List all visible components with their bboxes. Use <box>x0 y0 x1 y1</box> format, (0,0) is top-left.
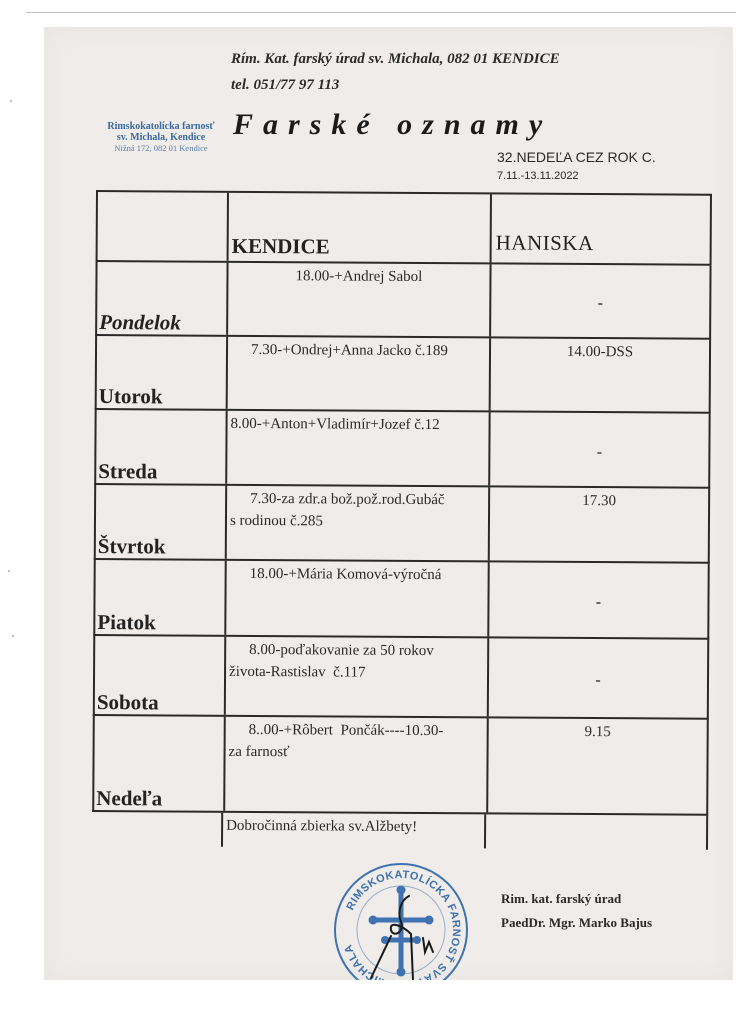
signature-block: Rim. kat. farský úrad PaedDr. Mgr. Marko… <box>501 887 652 935</box>
kendice-mass-intention: 8.00-poďakovanie za 50 rokov života-Rast… <box>229 639 484 685</box>
haniska-cell: - <box>490 412 708 486</box>
table-row: Piatok18.00-+Mária Komová-výročná- <box>93 560 709 640</box>
week-info: 32.NEDEĽA CEZ ROK C. 7.11.-13.11.2022 <box>497 148 656 184</box>
kendice-mass-intention: 18.00-+Mária Komová-výročná <box>230 563 485 587</box>
day-label: Pondelok <box>99 310 181 334</box>
page-margin-bottom <box>0 980 745 1024</box>
liturgical-sunday: 32.NEDEĽA CEZ ROK C. <box>497 148 656 166</box>
kendice-mass-intention: 7.30-+Ondrej+Anna Jacko č.189 <box>231 339 486 363</box>
kendice-mass-intention: 18.00-+Andrej Sabol <box>231 265 486 289</box>
kendice-mass-intention: 7.30-za zdr.a bož.pož.rod.Gubáč s rodino… <box>230 488 485 534</box>
scan-speck <box>10 100 12 102</box>
table-footer-row: Dobročinná zbierka sv.Alžbety! <box>92 812 708 850</box>
column-header-kendice: KENDICE <box>232 234 330 260</box>
day-cell: Pondelok <box>97 262 228 335</box>
stamp-cross-icon: RIMSKOKATOLÍCKA FARNOSŤ SVÄTÉHO MICHALA <box>331 860 471 1000</box>
day-cell: Štvrtok <box>96 485 227 559</box>
page-title: Farské oznamy <box>233 108 552 142</box>
day-cell: Streda <box>96 410 227 484</box>
signature-name: PaedDr. Mgr. Marko Bajus <box>501 911 652 935</box>
kendice-mass-intention: 8..00-+Rôbert Pončák----10.30- za farnos… <box>229 719 484 765</box>
table-row: Sobota8.00-poďakovanie za 50 rokov život… <box>93 636 709 720</box>
header-cell-kendice: KENDICE <box>229 193 492 263</box>
kendice-cell: 8.00-+Anton+Vladimír+Jozef č.12 <box>227 411 490 486</box>
kendice-cell: 7.30-+Ondrej+Anna Jacko č.189 <box>228 337 491 411</box>
kendice-cell: 8..00-+Rôbert Pončák----10.30- za farnos… <box>225 717 489 813</box>
parish-address-line: Nižná 172, 082 01 Kendice <box>90 143 232 154</box>
mass-schedule-table: KENDICE HANISKA Pondelok18.00-+Andrej Sa… <box>92 190 712 850</box>
parish-saint-line: sv. Michala, Kendice <box>90 132 232 143</box>
day-cell: Sobota <box>95 636 226 715</box>
footer-cell-empty <box>92 812 223 847</box>
table-row: Streda8.00-+Anton+Vladimír+Jozef č.12- <box>94 410 710 489</box>
no-mass-dash: - <box>595 672 600 690</box>
haniska-cell: - <box>491 264 709 337</box>
day-cell: Piatok <box>95 560 226 635</box>
day-label: Utorok <box>99 384 163 408</box>
scan-edge-line <box>26 12 736 13</box>
day-label: Piatok <box>97 610 155 634</box>
day-cell: Nedeľa <box>94 716 226 811</box>
column-header-haniska: HANISKA <box>496 230 594 256</box>
haniska-mass-time: 17.30 <box>493 489 705 512</box>
table-body: Pondelok18.00-+Andrej Sabol-Utorok7.30-+… <box>92 262 711 816</box>
haniska-cell: - <box>489 562 707 637</box>
haniska-cell: 9.15 <box>488 718 707 813</box>
date-range: 7.11.-13.11.2022 <box>497 168 656 184</box>
kendice-mass-intention: 8.00-+Anton+Vladimír+Jozef č.12 <box>231 413 486 437</box>
kendice-cell: 18.00-+Mária Komová-výročná <box>226 561 489 637</box>
haniska-mass-time: 14.00-DSS <box>494 340 706 363</box>
day-label: Streda <box>98 459 157 483</box>
charity-collection-note: Dobročinná zbierka sv.Alžbety! <box>226 815 481 839</box>
no-mass-dash: - <box>598 295 603 313</box>
haniska-cell: 17.30 <box>490 487 708 561</box>
office-header: Rím. Kat. farský úrad sv. Michala, 082 0… <box>231 46 560 98</box>
parish-name-line: Rimskokatolícka farnosť <box>90 121 232 132</box>
haniska-cell: 14.00-DSS <box>491 338 709 411</box>
haniska-mass-time: 9.15 <box>492 720 704 743</box>
signature-office: Rim. kat. farský úrad <box>501 887 652 911</box>
no-mass-dash: - <box>596 594 601 612</box>
no-mass-dash: - <box>597 443 602 461</box>
table-row: Nedeľa8..00-+Rôbert Pončák----10.30- za … <box>92 716 709 816</box>
day-label: Nedeľa <box>96 786 162 810</box>
table-row: Pondelok18.00-+Andrej Sabol- <box>95 262 711 340</box>
office-phone-line: tel. 051/77 97 113 <box>231 72 560 98</box>
kendice-cell: 7.30-za zdr.a bož.pož.rod.Gubáč s rodino… <box>227 486 490 561</box>
footer-cell-haniska <box>486 814 708 849</box>
kendice-cell: 18.00-+Andrej Sabol <box>228 263 491 337</box>
parish-stamp: RIMSKOKATOLÍCKA FARNOSŤ SVÄTÉHO MICHALA <box>331 860 471 1000</box>
table-row: Utorok7.30-+Ondrej+Anna Jacko č.18914.00… <box>95 336 711 414</box>
scan-speck <box>8 570 10 572</box>
day-label: Štvrtok <box>98 534 166 558</box>
table-row: Štvrtok7.30-za zdr.a bož.pož.rod.Gubáč s… <box>94 485 710 564</box>
parish-letterhead: Rimskokatolícka farnosť sv. Michala, Ken… <box>90 121 232 154</box>
day-label: Sobota <box>97 690 159 714</box>
header-cell-empty <box>98 192 229 261</box>
office-address-line: Rím. Kat. farský úrad sv. Michala, 082 0… <box>231 46 560 72</box>
footer-cell-note: Dobročinná zbierka sv.Alžbety! <box>221 813 486 849</box>
kendice-cell: 8.00-poďakovanie za 50 rokov života-Rast… <box>226 637 489 717</box>
haniska-cell: - <box>489 638 707 717</box>
header-cell-haniska: HANISKA <box>492 194 710 263</box>
table-header-row: KENDICE HANISKA <box>96 190 712 266</box>
scan-speck <box>12 635 14 637</box>
day-cell: Utorok <box>97 336 228 409</box>
